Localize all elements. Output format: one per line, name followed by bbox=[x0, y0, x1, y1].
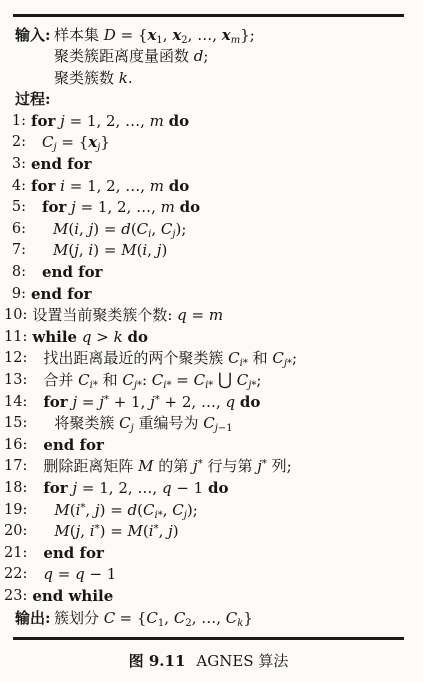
algorithm-body: 输入: 样本集 D = {x1, x2, …, xm}; 聚类簇距离度量函数 d… bbox=[13, 17, 404, 638]
caption-title: AGNES 算法 bbox=[196, 652, 288, 670]
statement: M(i, j) = d(Ci, Cj); bbox=[26, 219, 186, 241]
algorithm-step: 20: M(j, i*) = M(i*, j) bbox=[4, 521, 404, 543]
algorithm-step: 9: end for bbox=[4, 284, 404, 306]
algorithm-step: 1: for j = 1, 2, …, m do bbox=[4, 111, 404, 133]
algorithm-step: 8: end for bbox=[4, 262, 404, 284]
line-number: 22: bbox=[4, 564, 27, 586]
algorithm-step: 13: 合并 Ci* 和 Cj*: Ci* = Ci* ⋃ Cj*; bbox=[4, 370, 404, 392]
output-row: 输出: 簇划分 C = {C1, C2, …, Ck} bbox=[13, 608, 404, 630]
line-number: 23: bbox=[4, 586, 27, 608]
scanned-book-page: 输入: 样本集 D = {x1, x2, …, xm}; 聚类簇距离度量函数 d… bbox=[0, 0, 423, 682]
algorithm-step: 14: for j = j* + 1, j* + 2, …, q do bbox=[4, 392, 404, 414]
statement: for j = 1, 2, …, q − 1 do bbox=[27, 478, 228, 500]
statement: end for bbox=[27, 435, 104, 457]
algorithm-step: 11: while q > k do bbox=[4, 327, 404, 349]
algorithm-step: 23: end while bbox=[4, 586, 404, 608]
line-number: 13: bbox=[4, 370, 27, 392]
algorithm-step: 19: M(i*, j) = d(Ci*, Cj); bbox=[4, 500, 404, 522]
algorithm-step: 12: 找出距离最近的两个聚类簇 Ci* 和 Cj*; bbox=[4, 348, 404, 370]
steps-list: 1: for j = 1, 2, …, m do 2: Cj = {xj} 3:… bbox=[13, 111, 404, 608]
statement: q = q − 1 bbox=[27, 564, 116, 586]
line-number: 20: bbox=[4, 521, 27, 543]
algorithm-step: 5: for j = 1, 2, …, m do bbox=[4, 197, 404, 219]
line-number: 18: bbox=[4, 478, 27, 500]
line-number: 9: bbox=[4, 284, 26, 306]
line-number: 2: bbox=[4, 132, 26, 154]
line-number: 1: bbox=[4, 111, 26, 133]
line-number: 15: bbox=[4, 413, 27, 435]
line-number: 5: bbox=[4, 197, 26, 219]
statement: M(j, i*) = M(i*, j) bbox=[27, 521, 178, 543]
process-label: 过程: bbox=[13, 90, 51, 108]
statement: for j = 1, 2, …, m do bbox=[26, 197, 200, 219]
algorithm-step: 21: end for bbox=[4, 543, 404, 565]
input-row: 输入: 样本集 D = {x1, x2, …, xm}; bbox=[13, 25, 404, 47]
algorithm-step: 10: 设置当前聚类簇个数: q = m bbox=[4, 305, 404, 327]
output-line: 簇划分 C = {C1, C2, …, Ck} bbox=[54, 608, 404, 630]
statement: M(i*, j) = d(Ci*, Cj); bbox=[27, 500, 197, 522]
algorithm-step: 15: 将聚类簇 Cj 重编号为 Cj−1 bbox=[4, 413, 404, 435]
algorithm-step: 16: end for bbox=[4, 435, 404, 457]
statement: 设置当前聚类簇个数: q = m bbox=[27, 305, 223, 327]
statement: Cj = {xj} bbox=[26, 132, 110, 154]
line-number: 3: bbox=[4, 154, 26, 176]
line-number: 7: bbox=[4, 240, 26, 262]
line-number: 12: bbox=[4, 348, 27, 370]
statement: while q > k do bbox=[27, 327, 148, 349]
statement: 找出距离最近的两个聚类簇 Ci* 和 Cj*; bbox=[27, 348, 297, 370]
algorithm-step: 6: M(i, j) = d(Ci, Cj); bbox=[4, 219, 404, 241]
statement: for j = 1, 2, …, m do bbox=[26, 111, 189, 133]
line-number: 16: bbox=[4, 435, 27, 457]
bottom-rule bbox=[13, 637, 404, 640]
statement: M(j, i) = M(i, j) bbox=[26, 240, 167, 262]
line-number: 17: bbox=[4, 456, 27, 478]
statement: end for bbox=[26, 154, 92, 176]
statement: for j = j* + 1, j* + 2, …, q do bbox=[27, 392, 260, 414]
algorithm-step: 17: 删除距离矩阵 M 的第 j* 行与第 j* 列; bbox=[4, 456, 404, 478]
statement: 合并 Ci* 和 Cj*: Ci* = Ci* ⋃ Cj*; bbox=[27, 370, 261, 392]
algorithm-step: 2: Cj = {xj} bbox=[4, 132, 404, 154]
statement: end while bbox=[27, 586, 113, 608]
statement: 将聚类簇 Cj 重编号为 Cj−1 bbox=[27, 413, 232, 435]
statement: for i = 1, 2, …, m do bbox=[26, 176, 189, 198]
caption-label: 图 9.11 bbox=[129, 652, 186, 670]
line-number: 14: bbox=[4, 392, 27, 414]
figure-caption: 图 9.11AGNES 算法 bbox=[13, 651, 404, 672]
process-row: 过程: bbox=[13, 89, 404, 111]
line-number: 21: bbox=[4, 543, 27, 565]
line-number: 4: bbox=[4, 176, 26, 198]
line-number: 19: bbox=[4, 500, 27, 522]
statement: end for bbox=[26, 262, 103, 284]
input-line-3: 聚类簇数 k. bbox=[13, 68, 404, 90]
statement: end for bbox=[26, 284, 92, 306]
algorithm-step: 18: for j = 1, 2, …, q − 1 do bbox=[4, 478, 404, 500]
line-number: 10: bbox=[4, 305, 27, 327]
algorithm-figure: 输入: 样本集 D = {x1, x2, …, xm}; 聚类簇距离度量函数 d… bbox=[13, 14, 404, 640]
line-number: 6: bbox=[4, 219, 26, 241]
input-line-2: 聚类簇距离度量函数 d; bbox=[13, 46, 404, 68]
algorithm-step: 3: end for bbox=[4, 154, 404, 176]
input-label: 输入: bbox=[13, 25, 54, 47]
algorithm-step: 4: for i = 1, 2, …, m do bbox=[4, 176, 404, 198]
line-number: 8: bbox=[4, 262, 26, 284]
output-label: 输出: bbox=[13, 608, 54, 630]
statement: 删除距离矩阵 M 的第 j* 行与第 j* 列; bbox=[27, 456, 291, 478]
line-number: 11: bbox=[4, 327, 27, 349]
algorithm-step: 7: M(j, i) = M(i, j) bbox=[4, 240, 404, 262]
input-line-1: 样本集 D = {x1, x2, …, xm}; bbox=[54, 25, 404, 47]
algorithm-step: 22: q = q − 1 bbox=[4, 564, 404, 586]
statement: end for bbox=[27, 543, 104, 565]
